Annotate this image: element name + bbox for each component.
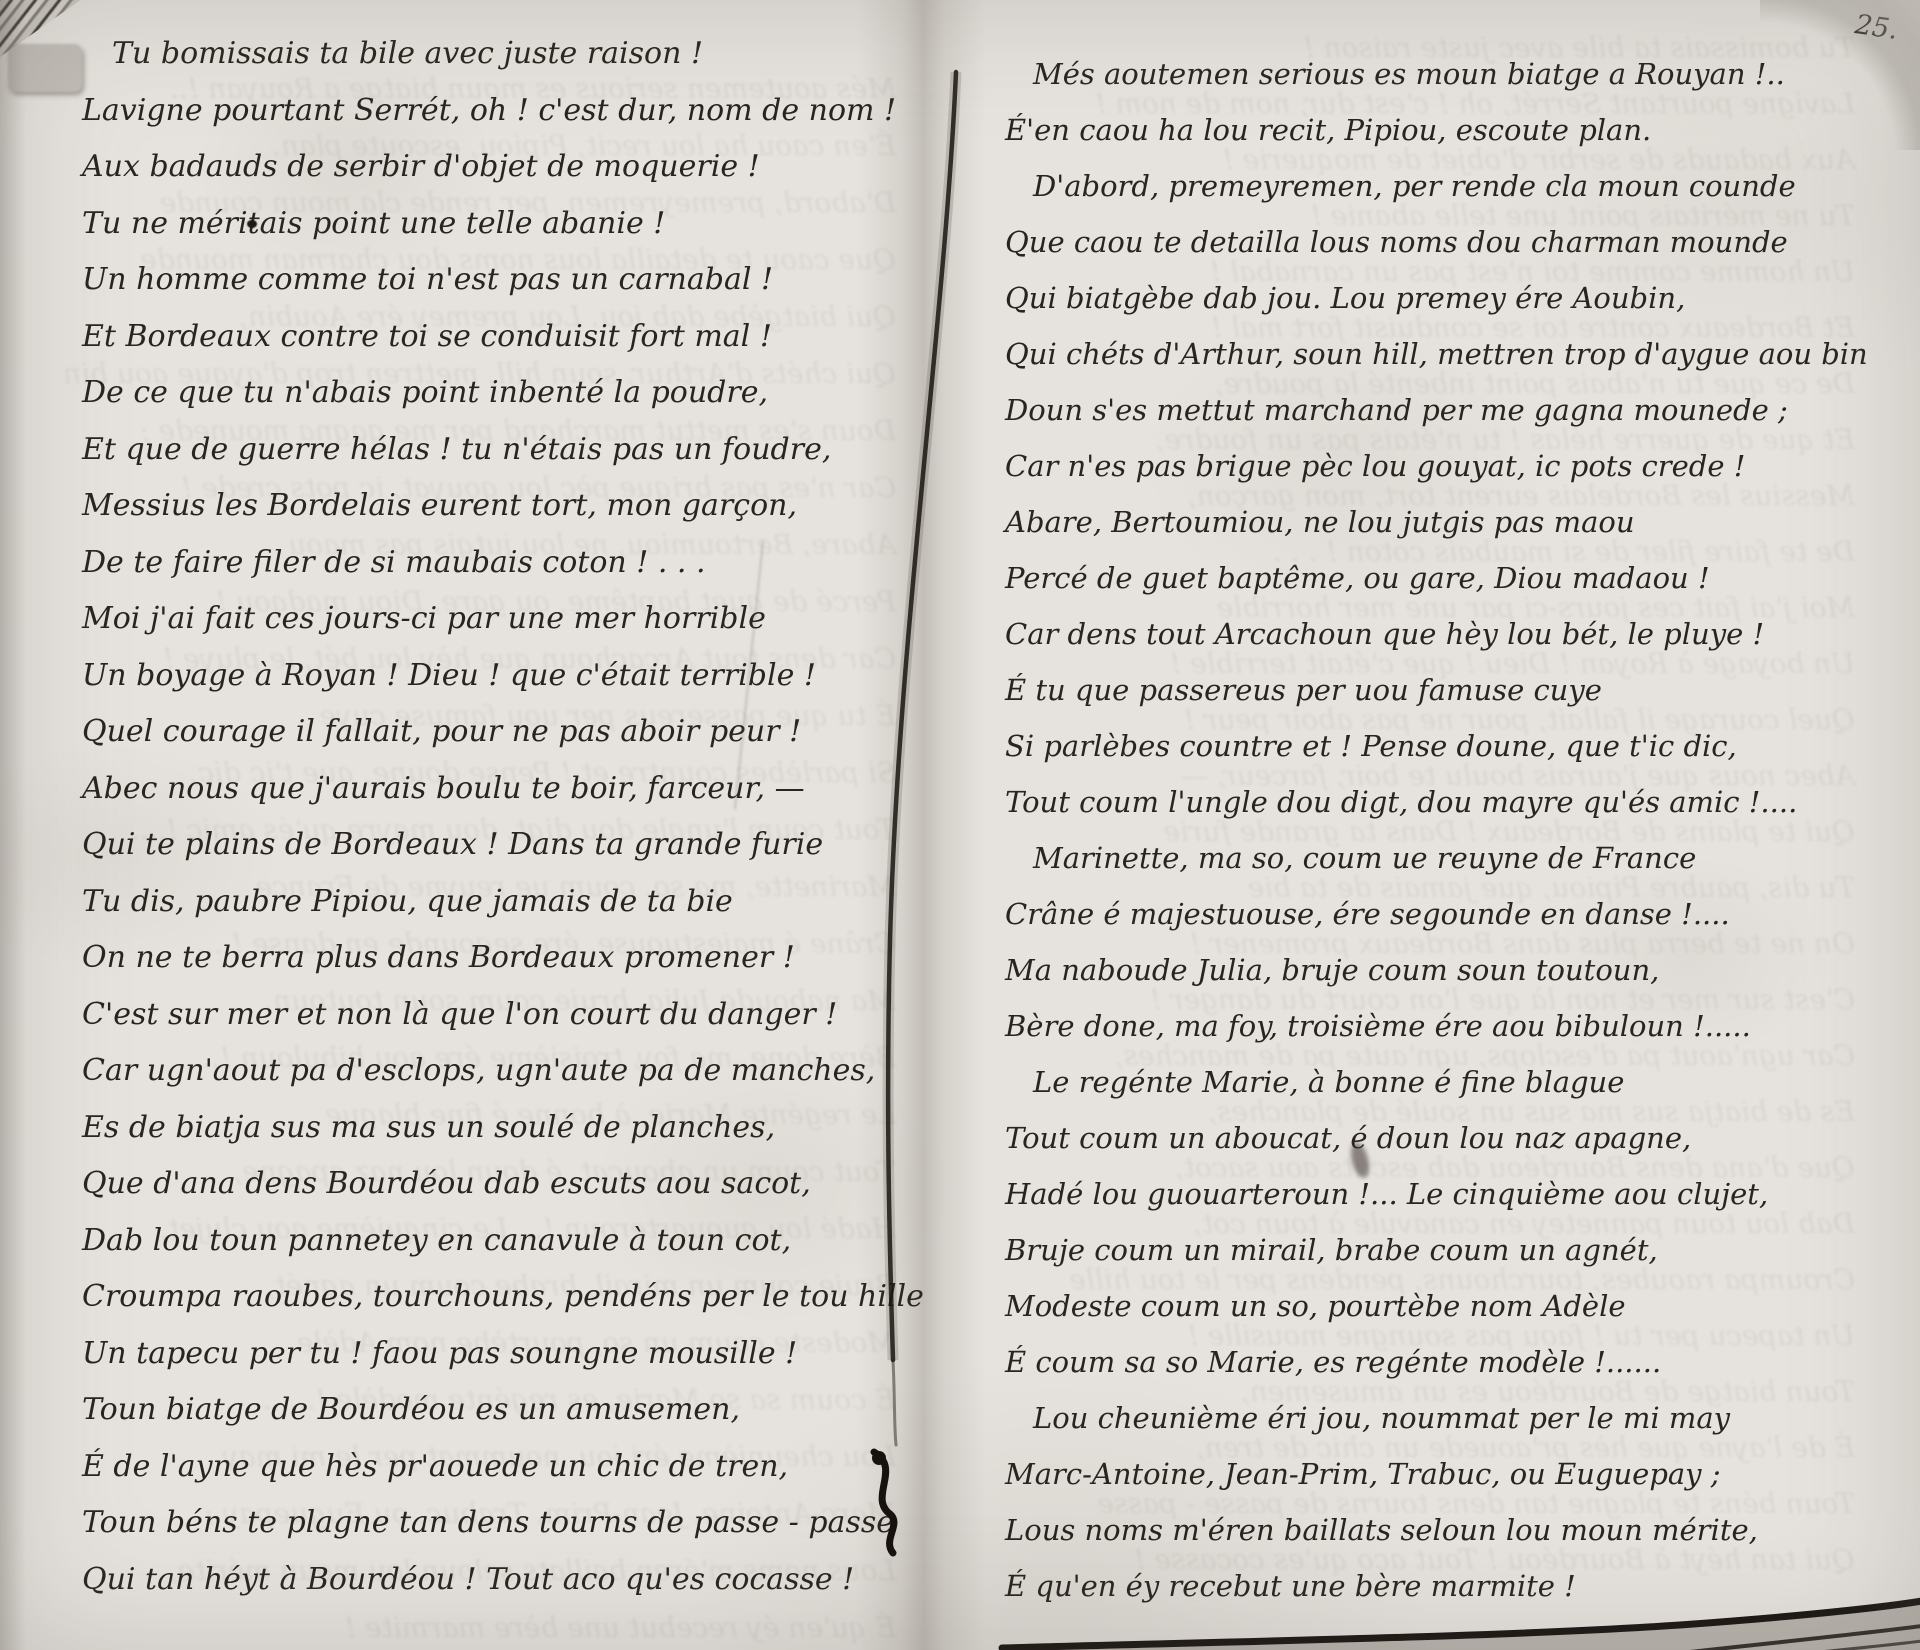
manuscript-line: Ma naboude Julia, bruje coum soun toutou… [1005, 942, 1868, 998]
manuscript-line: Et que de guerre hélas ! tu n'étais pas … [82, 422, 924, 479]
manuscript-line: Lavigne pourtant Serrét, oh ! c'est dur,… [82, 83, 924, 140]
manuscript-line: Percé de guet baptême, ou gare, Diou mad… [1005, 550, 1868, 606]
manuscript-line: Car n'es pas brigue pèc lou gouyat, ic p… [1005, 438, 1868, 494]
manuscript-line: Crâne é majestuouse, ére segounde en dan… [1005, 886, 1868, 942]
manuscript-line: Abare, Bertoumiou, ne lou jutgis pas mao… [1005, 494, 1868, 550]
manuscript-line: Toun biatge de Bourdéou es un amusemen, [82, 1382, 924, 1439]
manuscript-line: On ne te berra plus dans Bordeaux promen… [82, 930, 924, 987]
manuscript-line: Un tapecu per tu ! faou pas soungne mous… [82, 1326, 924, 1383]
manuscript-line: Moi j'ai fait ces jours-ci par une mer h… [82, 591, 924, 648]
manuscript-line: Si parlèbes countre et ! Pense doune, qu… [1005, 718, 1868, 774]
manuscript-line: Abec nous que j'aurais boulu te boir, fa… [82, 761, 924, 818]
page-number: 25. [1853, 9, 1900, 46]
manuscript-line: Qui chéts d'Arthur, soun hill, mettren t… [1005, 326, 1868, 382]
manuscript-line: Lous noms m'éren baillats seloun lou mou… [1005, 1502, 1868, 1558]
manuscript-line: Dab lou toun pannetey en canavule à toun… [82, 1213, 924, 1270]
manuscript-line: Lou cheunième éri jou, noummat per le mi… [1005, 1390, 1868, 1446]
manuscript-line: Hadé lou guouarteroun !... Le cinquième … [1005, 1166, 1868, 1222]
manuscript-line: Més aoutemen serious es moun biatge a Ro… [1005, 46, 1868, 102]
manuscript-line: É tu que passereus per uou famuse cuye [1005, 662, 1868, 718]
manuscript-line: De te faire filer de si maubais coton ! … [82, 535, 924, 592]
manuscript-line: Tu ne méritais point une telle abanie ! [82, 196, 924, 253]
manuscript-line: Aux badauds de serbir d'objet de moqueri… [82, 139, 924, 196]
right-page-text: Més aoutemen serious es moun biatge a Ro… [1005, 46, 1868, 1614]
manuscript-line: Croumpa raoubes, tourchouns, pendéns per… [82, 1269, 924, 1326]
manuscript-line: Marc-Antoine, Jean-Prim, Trabuc, ou Eugu… [1005, 1446, 1868, 1502]
manuscript-line: Et Bordeaux contre toi se conduisit fort… [82, 309, 924, 366]
ink-blot [247, 220, 257, 228]
manuscript-line: Modeste coum un so, pourtèbe nom Adèle [1005, 1278, 1868, 1334]
manuscript-line: Qui biatgèbe dab jou. Lou premey ére Aou… [1005, 270, 1868, 326]
manuscript-line: Qui tan héyt à Bourdéou ! Tout aco qu'es… [82, 1552, 924, 1609]
manuscript-line: Car dens tout Arcachoun que hèy lou bét,… [1005, 606, 1868, 662]
manuscript-line: Tout coum l'ungle dou digt, dou mayre qu… [1005, 774, 1868, 830]
manuscript-line: Bruje coum un mirail, brabe coum un agné… [1005, 1222, 1868, 1278]
manuscript-line: É coum sa so Marie, es regénte modèle !.… [1005, 1334, 1868, 1390]
manuscript-line: Que d'ana dens Bourdéou dab escuts aou s… [82, 1156, 924, 1213]
manuscript-line: Un homme comme toi n'est pas un carnabal… [82, 252, 924, 309]
left-page-text: Tu bomissais ta bile avec juste raison !… [82, 26, 924, 1608]
manuscript-line: De ce que tu n'abais point inbenté la po… [82, 365, 924, 422]
manuscript-line: Tout coum un aboucat, é doun lou naz apa… [1005, 1110, 1868, 1166]
manuscript-line: Es de biatja sus ma sus un soulé de plan… [82, 1100, 924, 1157]
manuscript-line: D'abord, premeyremen, per rende cla moun… [1005, 158, 1868, 214]
manuscript-line: É de l'ayne que hès pr'aouede un chic de… [82, 1439, 924, 1496]
manuscript-line: Messius les Bordelais eurent tort, mon g… [82, 478, 924, 535]
manuscript-line: C'est sur mer et non là que l'on court d… [82, 987, 924, 1044]
manuscript-line: Que caou te detailla lous noms dou charm… [1005, 214, 1868, 270]
manuscript-line: Tu dis, paubre Pipiou, que jamais de ta … [82, 874, 924, 931]
manuscript-line: Tu bomissais ta bile avec juste raison ! [82, 26, 924, 83]
right-page: Tu bomissais ta bile avec juste raison !… [935, 0, 1920, 1650]
manuscript-line: Un boyage à Royan ! Dieu ! que c'était t… [82, 648, 924, 705]
manuscript-line: Quel courage il fallait, pour ne pas abo… [82, 704, 924, 761]
manuscript-line: É'en caou ha lou recit, Pipiou, escoute … [1005, 102, 1868, 158]
manuscript-line: Toun béns te plagne tan dens tourns de p… [82, 1495, 924, 1552]
manuscript-line: Qui te plains de Bordeaux ! Dans ta gran… [82, 817, 924, 874]
manuscript-line: Bère done, ma foy, troisième ére aou bib… [1005, 998, 1868, 1054]
manuscript-line: Marinette, ma so, coum ue reuyne de Fran… [1005, 830, 1868, 886]
left-page: Més aoutemen serious es moun biatge a Ro… [0, 0, 935, 1650]
manuscript-line: Car ugn'aout pa d'esclops, ugn'aute pa d… [82, 1043, 924, 1100]
manuscript-line: Le regénte Marie, à bonne é fine blague [1005, 1054, 1868, 1110]
manuscript-line: É qu'en éy recebut une bère marmite ! [1005, 1558, 1868, 1614]
manuscript-line: Doun s'es mettut marchand per me gagna m… [1005, 382, 1868, 438]
